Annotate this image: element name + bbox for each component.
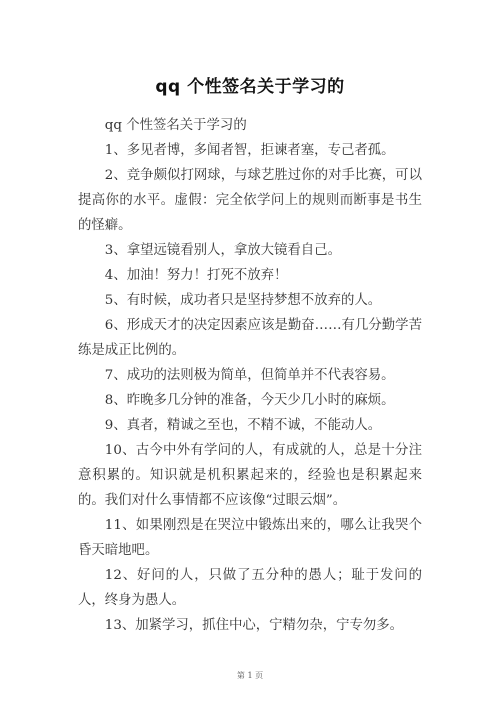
- paragraph-10: 10、古今中外有学问的人，有成就的人，总是十分注意积累的。知识就是机积累起来的，…: [78, 438, 422, 513]
- paragraph-subtitle: qq 个性签名关于学习的: [78, 113, 422, 138]
- paragraph-12: 12、好问的人，只做了五分种的愚人；耻于发问的人，终身为愚人。: [78, 563, 422, 613]
- paragraph-1: 1、多见者博，多闻者智，拒谏者塞，专己者孤。: [78, 138, 422, 163]
- paragraph-9: 9、真者，精诚之至也，不精不诚，不能动人。: [78, 413, 422, 438]
- paragraph-5: 5、有时候，成功者只是坚持梦想不放弃的人。: [78, 288, 422, 313]
- paragraph-7: 7、成功的法则极为简单，但简单并不代表容易。: [78, 363, 422, 388]
- document-page: qq 个性签名关于学习的 qq 个性签名关于学习的 1、多见者博，多闻者智，拒谏…: [0, 0, 500, 708]
- page-number: 第 1 页: [0, 670, 500, 681]
- paragraph-13: 13、加紧学习，抓住中心，宁精勿杂，宁专勿多。: [78, 613, 422, 638]
- paragraph-2: 2、竞争颇似打网球，与球艺胜过你的对手比赛，可以提高你的水平。虚假：完全依学问上…: [78, 163, 422, 238]
- document-body: qq 个性签名关于学习的 1、多见者博，多闻者智，拒谏者塞，专己者孤。 2、竞争…: [78, 113, 422, 638]
- document-title: qq 个性签名关于学习的: [0, 72, 500, 97]
- paragraph-11: 11、如果刚烈是在哭泣中锻炼出来的，哪么让我哭个昏天暗地吧。: [78, 513, 422, 563]
- paragraph-4: 4、加油！努力！打死不放弃！: [78, 263, 422, 288]
- paragraph-8: 8、昨晚多几分钟的准备，今天少几小时的麻烦。: [78, 388, 422, 413]
- paragraph-3: 3、拿望远镜看别人，拿放大镜看自己。: [78, 238, 422, 263]
- paragraph-6: 6、形成天才的决定因素应该是勤奋……有几分勤学苦练是成正比例的。: [78, 313, 422, 363]
